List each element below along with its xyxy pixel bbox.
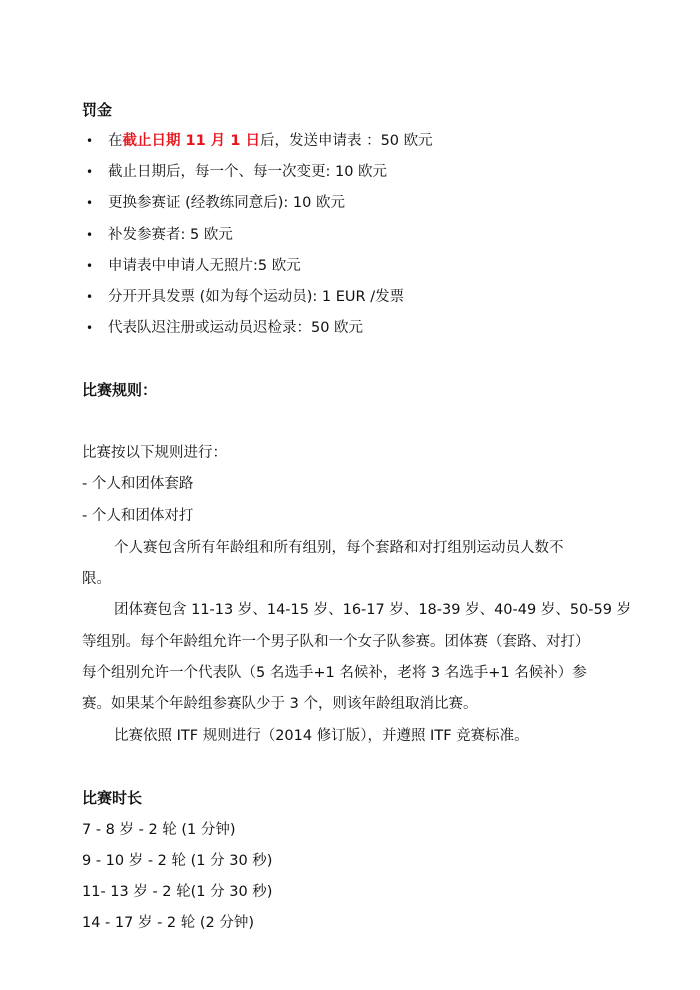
rules-list-item: - 个人和团体套路 bbox=[82, 474, 193, 494]
bullet-icon: • bbox=[86, 162, 108, 182]
rules-list-item: - 个人和团体对打 bbox=[82, 506, 193, 526]
fine-item: •截止日期后，每一个、每一次变更: 10 欧元 bbox=[86, 162, 387, 182]
fine-item: •补发参赛者: 5 欧元 bbox=[86, 225, 233, 245]
paragraph-team: 团体赛包含 11-13 岁、14-15 岁、16-17 岁、18-39 岁、40… bbox=[114, 600, 631, 620]
bullet-icon: • bbox=[86, 287, 108, 307]
paragraph-team-cont: 等组别。每个年龄组允许一个男子队和一个女子队参赛。团体赛（套路、对打） bbox=[82, 632, 590, 652]
duration-heading: 比赛时长 bbox=[82, 788, 142, 808]
paragraph-individual-cont: 限。 bbox=[82, 569, 111, 589]
bullet-icon: • bbox=[86, 131, 108, 151]
duration-row: 9 - 10 岁 - 2 轮 (1 分 30 秒) bbox=[82, 851, 272, 871]
duration-row: 14 - 17 岁 - 2 轮 (2 分钟) bbox=[82, 913, 254, 933]
fine-item: •更换参赛证 (经教练同意后): 10 欧元 bbox=[86, 193, 345, 213]
bullet-icon: • bbox=[86, 225, 108, 245]
paragraph-individual: 个人赛包含所有年龄组和所有组别，每个套路和对打组别运动员人数不 bbox=[114, 538, 564, 558]
fine-item: •申请表中申请人无照片:5 欧元 bbox=[86, 256, 301, 276]
paragraph-itf: 比赛依照 ITF 规则进行（2014 修订版），并遵照 ITF 竞赛标准。 bbox=[114, 726, 529, 746]
fines-heading: 罚金 bbox=[82, 100, 112, 120]
bullet-icon: • bbox=[86, 193, 108, 213]
paragraph-team-cont: 每个组别允许一个代表队（5 名选手+1 名候补，老将 3 名选手+1 名候补）参 bbox=[82, 663, 587, 683]
fine-item: •代表队迟注册或运动员迟检录：50 欧元 bbox=[86, 318, 363, 338]
rules-heading: 比赛规则： bbox=[82, 380, 157, 400]
paragraph-team-cont: 赛。如果某个年龄组参赛队少于 3 个，则该年龄组取消比赛。 bbox=[82, 694, 477, 714]
duration-row: 11- 13 岁 - 2 轮(1 分 30 秒) bbox=[82, 882, 272, 902]
document-page: 罚金 •在截止日期 11 月 1 日后，发送申请表 ：50 欧元 •截止日期后，… bbox=[0, 0, 700, 990]
fine-item: •在截止日期 11 月 1 日后，发送申请表 ：50 欧元 bbox=[86, 131, 433, 151]
bullet-icon: • bbox=[86, 256, 108, 276]
rules-intro: 比赛按以下规则进行： bbox=[82, 443, 227, 463]
fine-item: •分开开具发票 (如为每个运动员): 1 EUR /发票 bbox=[86, 287, 404, 307]
deadline-highlight: 截止日期 11 月 1 日 bbox=[123, 133, 260, 149]
bullet-icon: • bbox=[86, 318, 108, 338]
duration-row: 7 - 8 岁 - 2 轮 (1 分钟) bbox=[82, 820, 236, 840]
